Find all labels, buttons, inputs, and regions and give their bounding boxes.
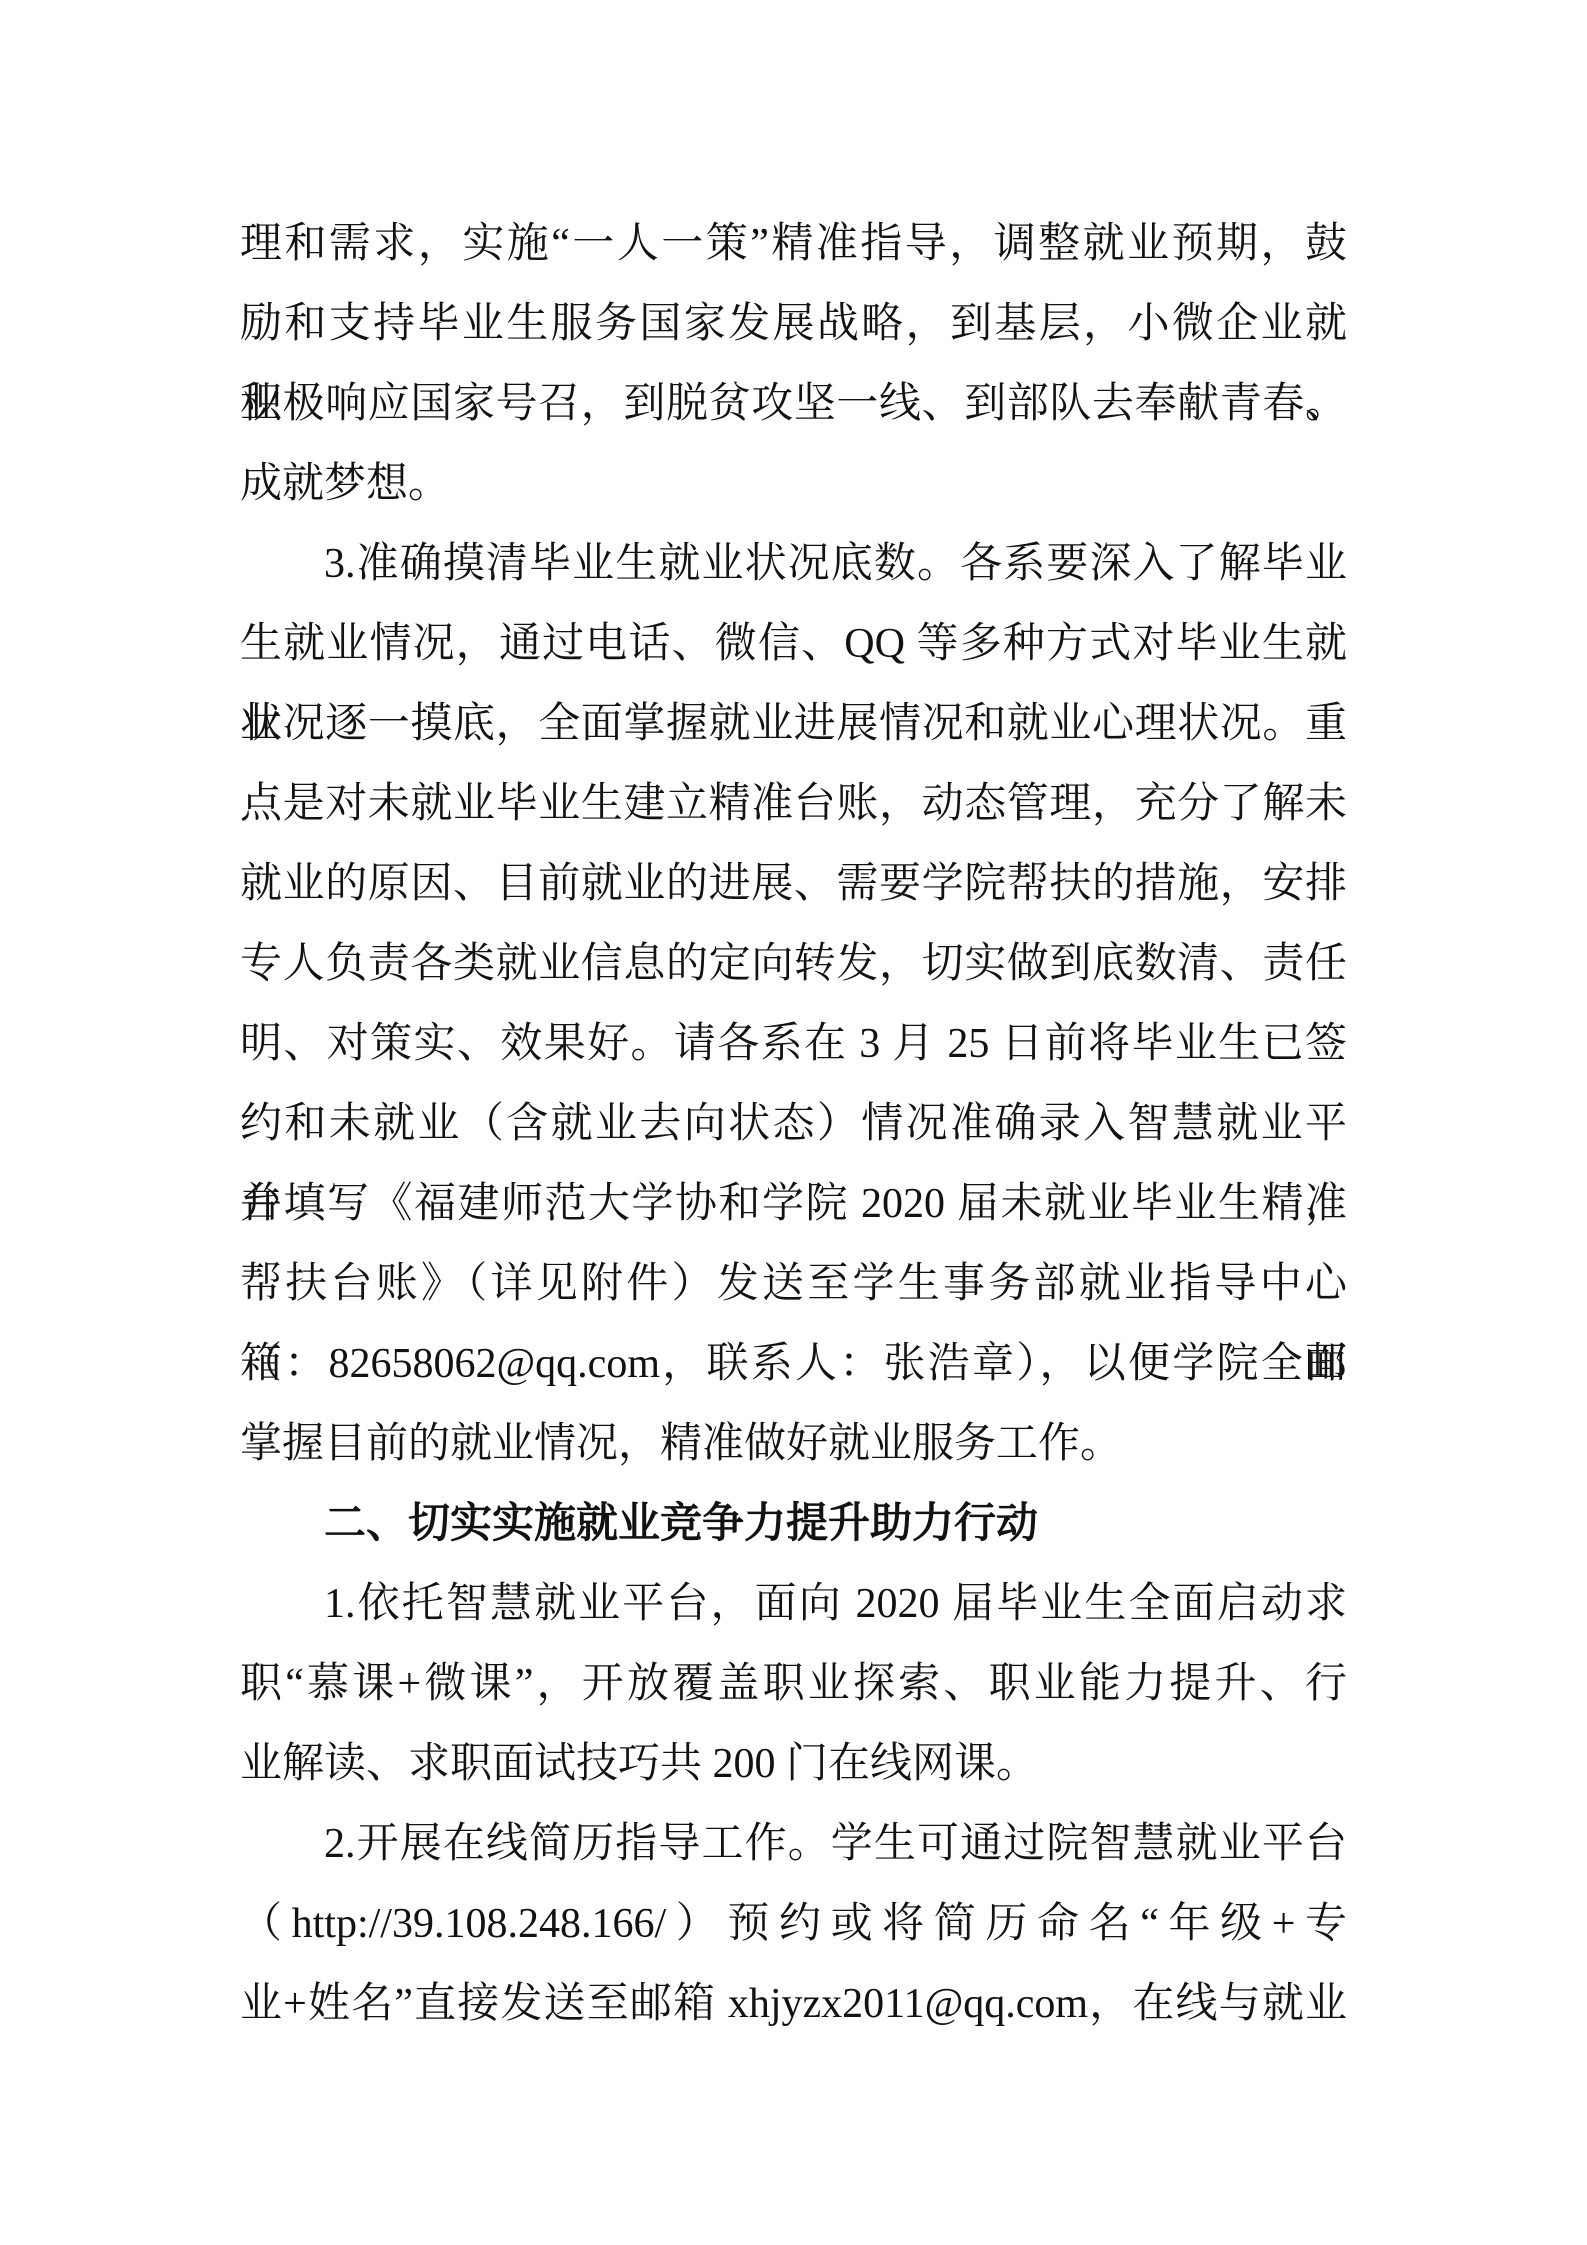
text-line-with-url: （http://39.108.248.166/）预约或将简历命名“年级+专: [240, 1884, 1347, 1964]
paragraph-start-line: 3.准确摸清毕业生就业状况底数。各系要深入了解毕业: [240, 524, 1347, 604]
paragraph-start-line: 1.依托智慧就业平台，面向 2020 届毕业生全面启动求: [240, 1564, 1347, 1644]
section-heading: 二、切实实施就业竞争力提升助力行动: [240, 1484, 1347, 1564]
paragraph-end-line: 成就梦想。: [240, 444, 1347, 524]
text-line: 约和未就业（含就业去向状态）情况准确录入智慧就业平台，: [240, 1084, 1347, 1164]
text-line: 并填写《福建师范大学协和学院 2020 届未就业毕业生精准: [240, 1164, 1347, 1244]
paragraph-end-line: 业解读、求职面试技巧共 200 门在线网课。: [240, 1724, 1347, 1804]
text-line-with-email: 箱：82658062@qq.com，联系人：张浩章），以便学院全面: [240, 1324, 1347, 1404]
text-line: 明、对策实、效果好。请各系在 3 月 25 日前将毕业生已签: [240, 1004, 1347, 1084]
paragraph-end-line: 掌握目前的就业情况，精准做好就业服务工作。: [240, 1404, 1347, 1484]
text-line-with-email: 业+姓名”直接发送至邮箱 xhjyzx2011@qq.com，在线与就业: [240, 1964, 1347, 2044]
text-line: 职“慕课+微课”，开放覆盖职业探索、职业能力提升、行: [240, 1644, 1347, 1724]
text-line: 帮扶台账》（详见附件）发送至学生事务部就业指导中心（邮: [240, 1244, 1347, 1324]
document-body-text: 理和需求，实施“一人一策”精准指导，调整就业预期，鼓 励和支持毕业生服务国家发展…: [240, 204, 1347, 2044]
paragraph-start-line: 2.开展在线简历指导工作。学生可通过院智慧就业平台: [240, 1804, 1347, 1884]
text-line: 点是对未就业毕业生建立精准台账，动态管理，充分了解未: [240, 764, 1347, 844]
text-line: 状况逐一摸底，全面掌握就业进展情况和就业心理状况。重: [240, 684, 1347, 764]
text-line: 理和需求，实施“一人一策”精准指导，调整就业预期，鼓: [240, 204, 1347, 284]
text-line: 励和支持毕业生服务国家发展战略，到基层，小微企业就业。: [240, 284, 1347, 364]
text-line: 就业的原因、目前就业的进展、需要学院帮扶的措施，安排: [240, 844, 1347, 924]
text-line: 专人负责各类就业信息的定向转发，切实做到底数清、责任: [240, 924, 1347, 1004]
text-line: 积极响应国家号召，到脱贫攻坚一线、到部队去奉献青春、: [240, 364, 1347, 444]
text-line: 生就业情况，通过电话、微信、QQ 等多种方式对毕业生就业: [240, 604, 1347, 684]
document-page: 理和需求，实施“一人一策”精准指导，调整就业预期，鼓 励和支持毕业生服务国家发展…: [0, 0, 1587, 2245]
